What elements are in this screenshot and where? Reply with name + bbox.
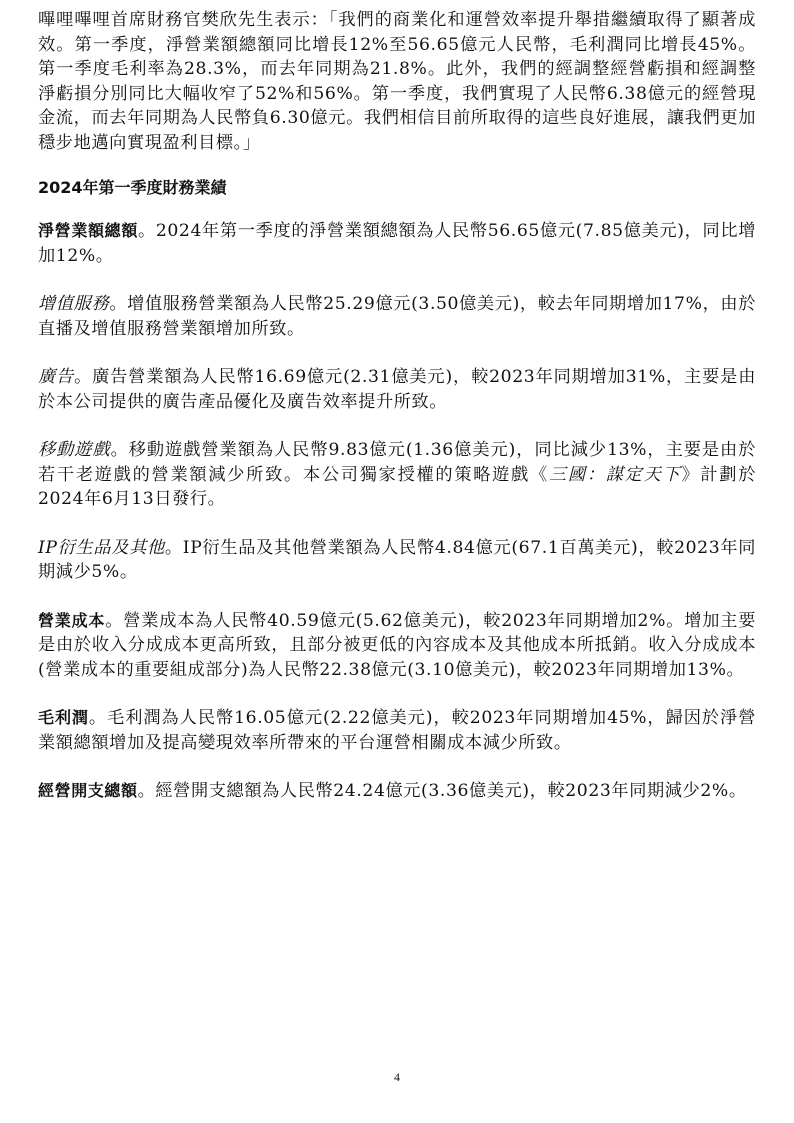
vas-text: 。增值服務營業額為人民幣25.29億元(3.50億美元)，較去年同期增加17%，…	[38, 294, 756, 339]
cost-of-revenues-paragraph: 營業成本。營業成本為人民幣40.59億元(5.62億美元)，較2023年同期增加…	[38, 609, 756, 683]
ip-derivatives-paragraph: IP衍生品及其他。IP衍生品及其他營業額為人民幣4.84億元(67.1百萬美元)…	[38, 536, 756, 585]
vas-label: 增值服務	[38, 294, 109, 314]
net-revenues-paragraph: 淨營業額總額。2024年第一季度的淨營業額總額為人民幣56.65億元(7.85億…	[38, 219, 756, 268]
net-revenues-label: 淨營業額總額	[38, 221, 138, 240]
operating-expenses-paragraph: 經營開支總額。經營開支總額為人民幣24.24億元(3.36億美元)，較2023年…	[38, 779, 756, 804]
operating-expenses-label: 經營開支總額	[38, 781, 138, 800]
net-revenues-text: 。2024年第一季度的淨營業額總額為人民幣56.65億元(7.85億美元)，同比…	[38, 221, 756, 266]
gross-profit-text: 。毛利潤為人民幣16.05億元(2.22億美元)，較2023年同期增加45%，歸…	[38, 708, 756, 753]
page-number: 4	[0, 1070, 794, 1085]
vas-paragraph: 增值服務。增值服務營業額為人民幣25.29億元(3.50億美元)，較去年同期增加…	[38, 292, 756, 341]
section-heading: 2024年第一季度財務業績	[38, 177, 756, 199]
document-page: 嗶哩嗶哩首席財務官樊欣先生表示：「我們的商業化和運營效率提升舉措繼續取得了顯著成…	[38, 8, 756, 828]
gross-profit-label: 毛利潤	[38, 708, 89, 727]
cost-of-revenues-label: 營業成本	[38, 611, 105, 630]
mobile-games-label: 移動遊戲	[38, 440, 111, 460]
gross-profit-paragraph: 毛利潤。毛利潤為人民幣16.05億元(2.22億美元)，較2023年同期增加45…	[38, 706, 756, 755]
advertising-paragraph: 廣告。廣告營業額為人民幣16.69億元(2.31億美元)，較2023年同期增加3…	[38, 365, 756, 414]
advertising-label: 廣告	[38, 367, 74, 387]
game-title: 三國：謀定天下	[549, 465, 681, 485]
cfo-quote-paragraph: 嗶哩嗶哩首席財務官樊欣先生表示：「我們的商業化和運營效率提升舉措繼續取得了顯著成…	[38, 8, 756, 155]
advertising-text: 。廣告營業額為人民幣16.69億元(2.31億美元)，較2023年同期增加31%…	[38, 367, 756, 412]
ip-derivatives-label: IP衍生品及其他	[38, 538, 165, 558]
operating-expenses-text: 。經營開支總額為人民幣24.24億元(3.36億美元)，較2023年同期減少2%…	[138, 781, 747, 801]
mobile-games-paragraph: 移動遊戲。移動遊戲營業額為人民幣9.83億元(1.36億美元)，同比減少13%，…	[38, 438, 756, 512]
cost-of-revenues-text: 。營業成本為人民幣40.59億元(5.62億美元)，較2023年同期增加2%。增…	[38, 611, 756, 680]
